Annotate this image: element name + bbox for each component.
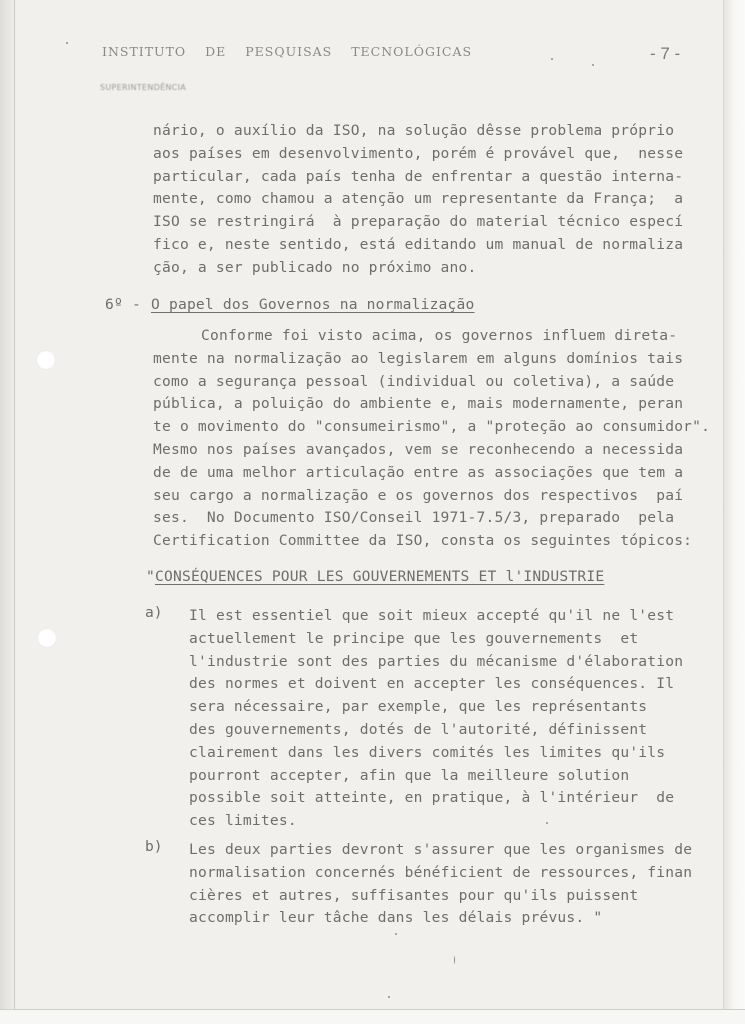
quote-title: CONSÉQUENCES POUR LES GOUVERNEMENTS ET l… [155,568,604,585]
text-line: te o movimento do "consumeirismo", a "pr… [153,416,710,439]
scan-right-margin [723,0,745,1024]
scan-speck [551,58,553,60]
text-line: Mesmo nos países avançados, vem se recon… [153,439,710,462]
text-line: clairement dans les divers comités les l… [189,742,683,765]
text-line: fico e, neste sentido, está editando um … [153,234,683,257]
text-line: aos países em desenvolvimento, porém é p… [153,143,683,166]
text-line: actuellement le principe que les gouvern… [189,628,683,651]
text-line: ces limites. [189,810,683,833]
paragraph-governments: Conforme foi visto acima, os governos in… [153,325,710,553]
text-line: Conforme foi visto acima, os governos in… [201,327,677,344]
punch-hole-top [36,350,56,370]
page-number: - 7 - [650,44,680,64]
text-line: des gouvernements, dotés de l'autorité, … [189,719,683,742]
institution-header: INSTITUTO DE PESQUISAS TECNOLÓGICAS [102,44,472,59]
paragraph-continuation: nário, o auxílio da ISO, na solução dêss… [153,120,683,280]
scan-speck [388,996,390,998]
text-line: des normes et doivent en accepter les co… [189,673,683,696]
page-right-edge [723,0,724,1010]
text-line: mente, como chamou a atenção um represen… [153,188,683,211]
text-line: ISO se restringirá à preparação do mater… [153,211,683,234]
text-line: Il est essentiel que soit mieux accepté … [189,605,683,628]
scan-speck [395,933,397,935]
scan-speck [66,42,68,44]
scan-speck [592,64,594,66]
scan-speck [454,956,455,964]
quote-heading: "CONSÉQUENCES POUR LES GOUVERNEMENTS ET … [146,568,604,585]
text-line: como a segurança pessoal (individual ou … [153,371,710,394]
text-line: normalisation concernés bénéficient de r… [189,862,692,885]
department-subheader: SUPERINTENDÊNCIA [100,83,186,92]
punch-hole-bottom [37,628,57,648]
text-line: pourront accepter, afin que la meilleure… [189,765,683,788]
scan-bottom-margin [0,1009,745,1024]
open-quote-mark: " [146,568,155,585]
page-left-edge [14,0,15,1024]
text-line: possible soit atteinte, en pratique, à l… [189,787,683,810]
text-line: ses. No Documento ISO/Conseil 1971-7.5/3… [153,507,710,530]
section-number: 6º - [105,296,141,313]
scan-speck [546,822,548,824]
text-line: ção, a ser publicado no próximo ano. [153,257,683,280]
list-marker-b: b) [145,838,163,855]
text-line: l'industrie sont des parties du mécanism… [189,651,683,674]
text-line: accomplir leur tâche dans les délais pré… [189,907,692,930]
text-line: de de uma melhor articulação entre as as… [153,462,710,485]
text-line: seu cargo a normalização e os governos d… [153,485,710,508]
text-line: cières et autres, suffisantes pour qu'il… [189,885,692,908]
text-line: Les deux parties devront s'assurer que l… [189,839,692,862]
list-item-b: Les deux parties devront s'assurer que l… [189,839,692,930]
text-line: particular, cada país tenha de enfrentar… [153,166,683,189]
text-line: mente na normalização ao legislarem em a… [153,348,710,371]
text-line: sera nécessaire, par exemple, que les re… [189,696,683,719]
list-item-a: Il est essentiel que soit mieux accepté … [189,605,683,833]
section-title: O papel dos Governos na normalização [151,296,475,313]
text-line: Certification Committee da ISO, consta o… [153,530,710,553]
text-line: pública, a poluição do ambiente e, mais … [153,393,710,416]
scanned-document-page: INSTITUTO DE PESQUISAS TECNOLÓGICAS - 7 … [0,0,745,1024]
list-marker-a: a) [145,604,163,621]
text-line: nário, o auxílio da ISO, na solução dêss… [153,120,683,143]
